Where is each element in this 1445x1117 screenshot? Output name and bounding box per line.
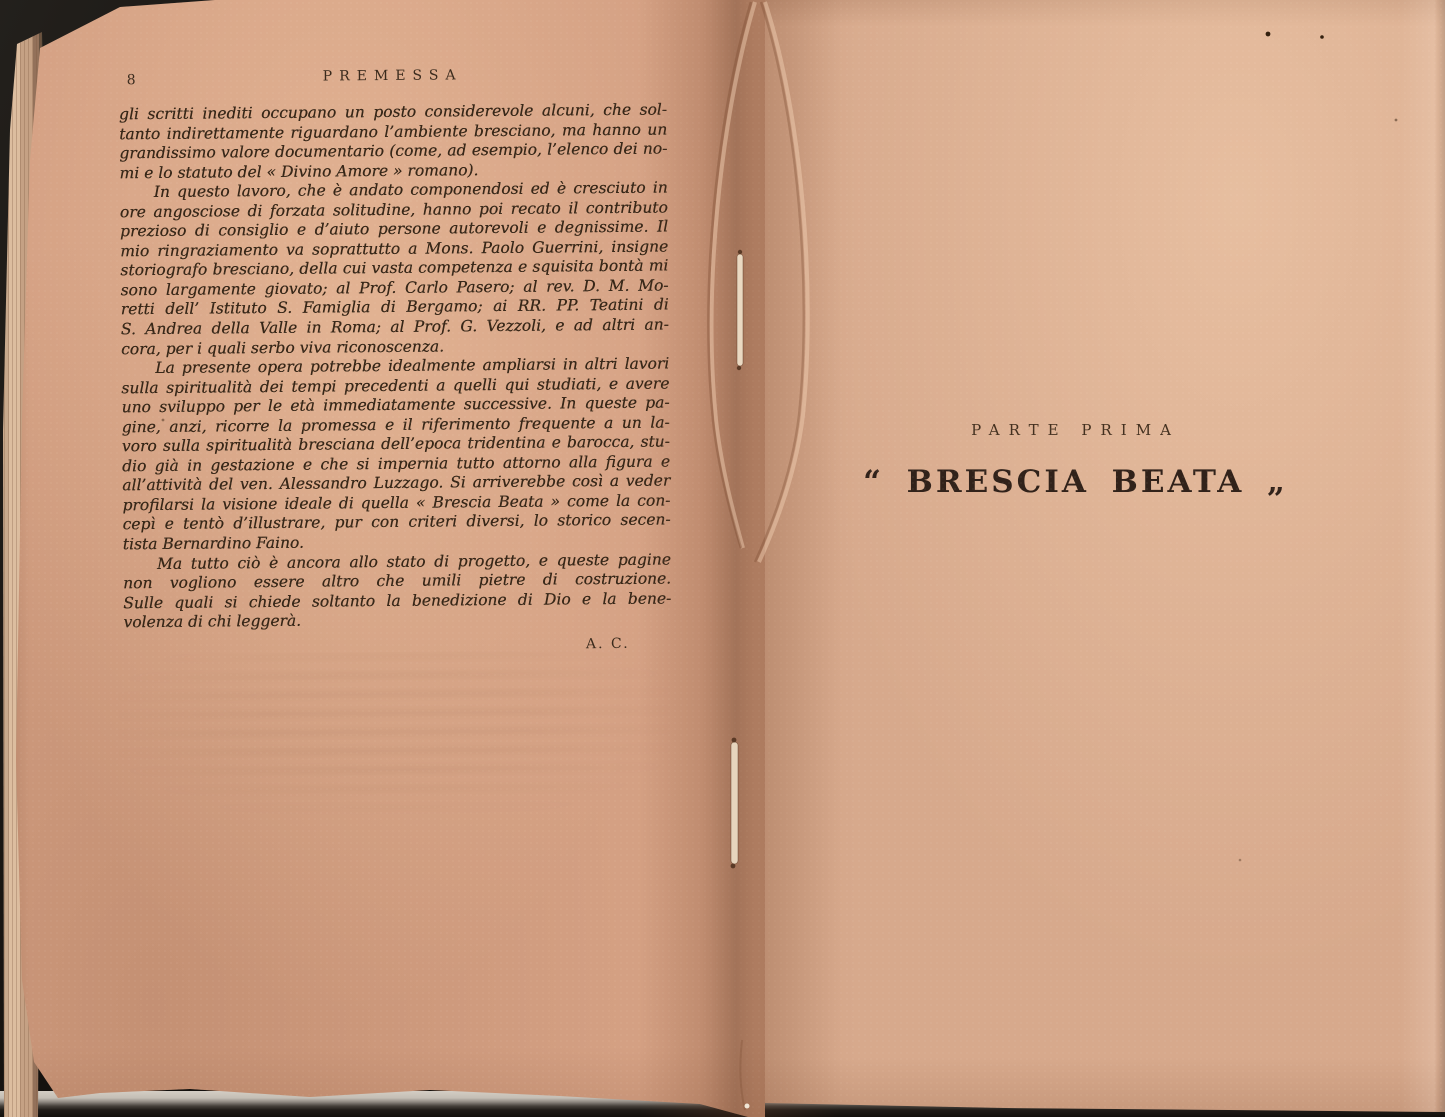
text-line: retti dell’ Istituto S. Famiglia di Berg…	[121, 296, 669, 320]
text-line: all’attività del ven. Alessandro Luzzago…	[122, 472, 670, 496]
running-header-row: 8 PREMESSA	[119, 66, 667, 91]
text-line: gine, anzi, ricorre la promessa e il rif…	[122, 413, 670, 437]
section-title: “ BRESCIA BEATA „	[706, 464, 1445, 500]
paragraph: gli scritti inediti occupano un posto co…	[119, 101, 668, 184]
text-line: voro sulla spiritualità bresciana dell’e…	[122, 433, 670, 457]
text-line: Ma tutto ciò è ancora allo stato di prog…	[123, 550, 671, 574]
text-line: cora, per i quali serbo viva riconoscenz…	[121, 335, 669, 359]
text-line: volenza di chi leggerà.	[123, 609, 671, 633]
text-line: mio ringraziamento va soprattutto a Mons…	[120, 237, 668, 261]
text-line: prezioso di consiglio e d’aiuto persone …	[120, 218, 668, 242]
text-line: tista Bernardino Faino.	[123, 531, 671, 555]
part-label: PARTE PRIMA	[706, 421, 1445, 439]
text-line: mi e lo statuto del « Divino Amore » rom…	[119, 159, 667, 183]
text-line: dio già in gestazione e che si impernia …	[122, 452, 670, 476]
left-page-content: 8 PREMESSA gli scritti inediti occupano …	[0, 0, 775, 1117]
text-line: In questo lavoro, che è andato componend…	[120, 179, 668, 203]
text-line: cepì e tentò d’illustrare, pur con crite…	[122, 511, 670, 535]
author-initials: A. C.	[124, 636, 672, 657]
text-line: non vogliono essere altro che umili piet…	[123, 570, 671, 594]
left-page: 8 PREMESSA gli scritti inediti occupano …	[0, 0, 765, 1117]
paragraph: Ma tutto ciò è ancora allo stato di prog…	[123, 550, 672, 633]
text-line: Sulle quali si chiede soltanto la benedi…	[123, 589, 671, 613]
text-line: profilarsi la visione ideale di quella «…	[122, 491, 670, 515]
right-page: PARTE PRIMA “ BRESCIA BEATA „	[706, 0, 1445, 1117]
text-line: grandissimo valore documentario (come, a…	[119, 140, 667, 164]
text-line: storiografo bresciano, della cui vasta c…	[120, 257, 668, 281]
text-line: ore angosciose di forzata solitudine, ha…	[120, 198, 668, 222]
book-photo: 8 PREMESSA gli scritti inediti occupano …	[0, 0, 1445, 1117]
paragraph: La presente opera potrebbe idealmente am…	[121, 355, 671, 555]
text-line: tanto indirettamente riguardano l’ambien…	[119, 120, 667, 144]
text-line: S. Andrea della Valle in Roma; al Prof. …	[121, 316, 669, 340]
page-number: 8	[127, 72, 136, 88]
print-show-through	[118, 650, 671, 823]
paragraph: In questo lavoro, che è andato componend…	[120, 179, 670, 360]
text-line: gli scritti inediti occupano un posto co…	[119, 101, 667, 125]
text-line: sulla spiritualità dei tempi precedenti …	[121, 374, 669, 398]
running-header: PREMESSA	[119, 66, 667, 87]
text-line: uno sviluppo per le età immediatamente s…	[121, 394, 669, 418]
text-line: sono largamente giovato; al Prof. Carlo …	[120, 276, 668, 300]
text-line: La presente opera potrebbe idealmente am…	[121, 355, 669, 379]
body-text: gli scritti inediti occupano un posto co…	[119, 101, 672, 634]
